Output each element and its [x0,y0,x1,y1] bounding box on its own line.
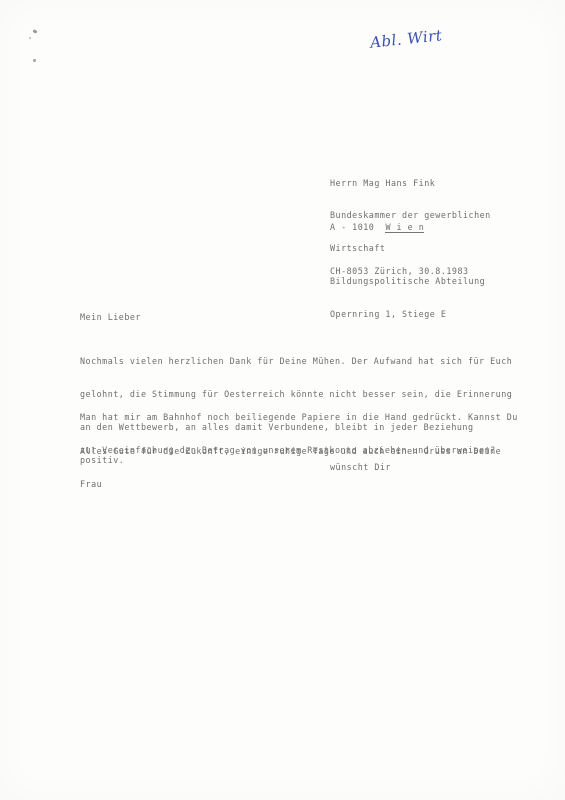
paper-mark [33,59,36,62]
recipient-address: Herrn Mag Hans Fink Bundeskammer der gew… [330,157,491,342]
handwritten-note: Abl. Wirt [369,26,443,51]
salutation: Mein Lieber [80,312,141,323]
body-paragraph: Alles Gute für die Zukunft, einige ruhig… [80,424,501,512]
paper-mark [29,37,31,39]
closing: wünscht Dir [330,462,391,473]
body-line: Alles Gute für die Zukunft, einige ruhig… [80,446,501,457]
recipient-line: Bildungspolitische Abteilung [330,276,491,287]
recipient-line: Opernring 1, Stiege E [330,309,491,320]
letter-page: Abl. Wirt Herrn Mag Hans Fink Bundeskamm… [0,0,565,800]
body-line: Frau [80,479,501,490]
recipient-city-line: A - 1010 W i e n [330,222,424,233]
city-name: W i e n [385,222,424,233]
paper-mark [33,29,38,34]
postal-code: A - 1010 [330,222,374,232]
body-line: Man hat mir am Bahnhof noch beiliegende … [80,412,518,423]
recipient-line: Wirtschaft [330,243,491,254]
recipient-line: Herrn Mag Hans Fink [330,179,491,188]
dateline: CH-8053 Zürich, 30.8.1983 [330,266,469,277]
body-line: Nochmals vielen herzlichen Dank für Dein… [80,356,512,367]
recipient-line: Bundeskammer der gewerblichen [330,210,491,221]
